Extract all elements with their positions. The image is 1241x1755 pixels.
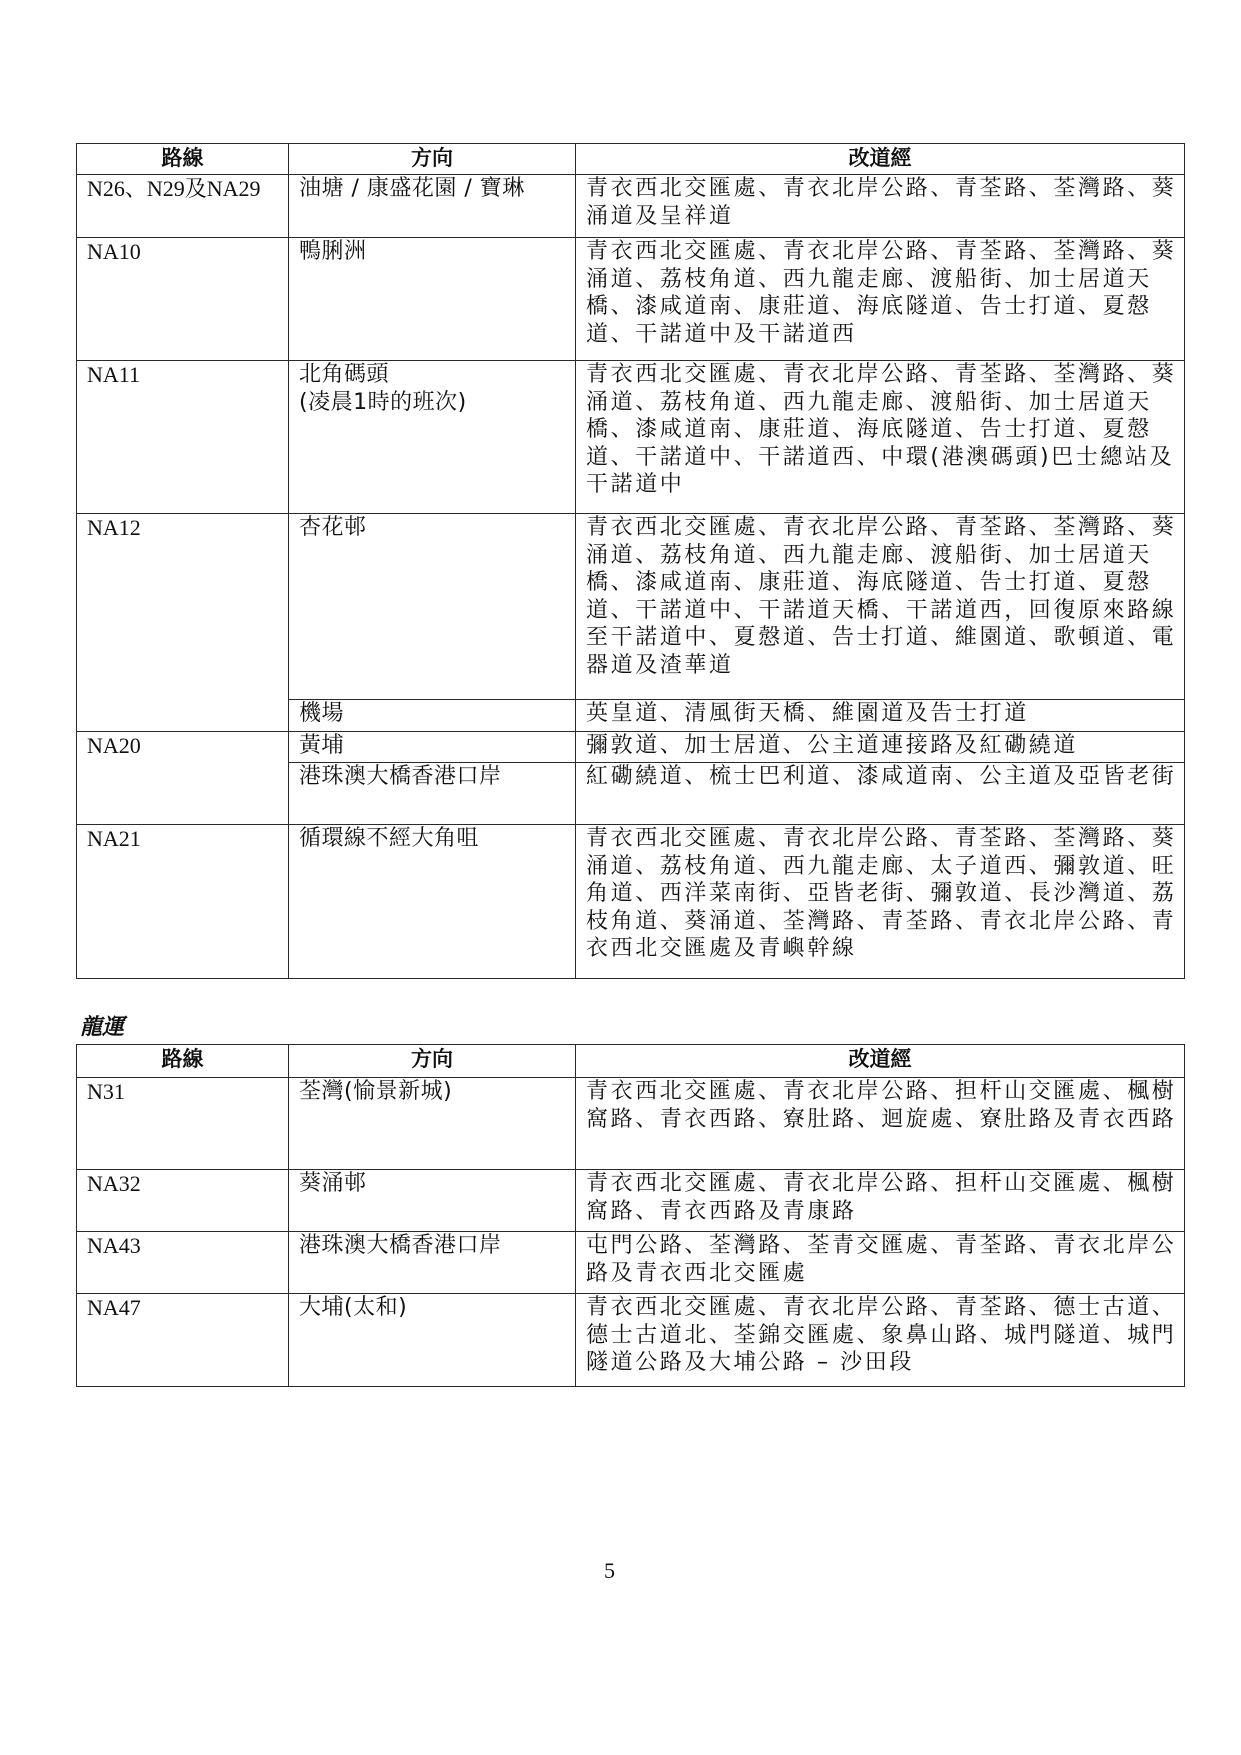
- diversion-cell: 青衣西北交匯處、青衣北岸公路、青荃路、荃灣路、葵涌道、荔枝角道、西九龍走廊、太子…: [576, 825, 1185, 979]
- direction-cell: 循環線不經大角咀: [289, 825, 576, 979]
- table-row: NA11 北角碼頭 (凌晨1時的班次) 青衣西北交匯處、青衣北岸公路、青荃路、荃…: [77, 361, 1185, 514]
- diversion-cell: 彌敦道、加士居道、公主道連接路及紅磡繞道: [576, 732, 1185, 763]
- header-route: 路線: [77, 1045, 289, 1078]
- direction-line: 北角碼頭: [299, 361, 575, 389]
- diversion-cell: 屯門公路、荃灣路、荃青交匯處、青荃路、青衣北岸公路及青衣西北交匯處: [576, 1232, 1185, 1294]
- direction-cell: 荃灣(愉景新城): [289, 1078, 576, 1170]
- table-row: NA20 黃埔 彌敦道、加士居道、公主道連接路及紅磡繞道: [77, 732, 1185, 763]
- diversion-cell: 紅磡繞道、梳士巴利道、漆咸道南、公主道及亞皆老街: [576, 763, 1185, 825]
- route-cell: NA43: [77, 1232, 289, 1294]
- route-cell: NA12: [77, 514, 289, 732]
- header-direction: 方向: [289, 144, 576, 175]
- diversion-table-2: 路線 方向 改道經 N31 荃灣(愉景新城) 青衣西北交匯處、青衣北岸公路、担杆…: [76, 1044, 1185, 1387]
- route-cell: NA20: [77, 732, 289, 825]
- header-diversion: 改道經: [576, 1045, 1185, 1078]
- table-row: NA10 鴨脷洲 青衣西北交匯處、青衣北岸公路、青荃路、荃灣路、葵涌道、荔枝角道…: [77, 238, 1185, 361]
- direction-cell: 鴨脷洲: [289, 238, 576, 361]
- route-cell: N31: [77, 1078, 289, 1170]
- page-number: 5: [604, 1558, 615, 1584]
- header-diversion: 改道經: [576, 144, 1185, 175]
- route-cell: N26、N29及NA29: [77, 175, 289, 238]
- table-row: NA21 循環線不經大角咀 青衣西北交匯處、青衣北岸公路、青荃路、荃灣路、葵涌道…: [77, 825, 1185, 979]
- direction-cell: 葵涌邨: [289, 1170, 576, 1232]
- table-row: N26、N29及NA29 油塘 / 康盛花園 / 寶琳 青衣西北交匯處、青衣北岸…: [77, 175, 1185, 238]
- direction-cell: 杏花邨: [289, 514, 576, 700]
- route-cell: NA47: [77, 1294, 289, 1387]
- operator-heading: 龍運: [80, 1010, 124, 1041]
- direction-cell: 港珠澳大橋香港口岸: [289, 763, 576, 825]
- direction-cell: 大埔(太和): [289, 1294, 576, 1387]
- diversion-table-1: 路線 方向 改道經 N26、N29及NA29 油塘 / 康盛花園 / 寶琳 青衣…: [76, 143, 1185, 979]
- diversion-cell: 青衣西北交匯處、青衣北岸公路、青荃路、荃灣路、葵涌道、荔枝角道、西九龍走廊、渡船…: [576, 361, 1185, 514]
- diversion-cell: 青衣西北交匯處、青衣北岸公路、担杆山交匯處、楓樹窩路、青衣西路及青康路: [576, 1170, 1185, 1232]
- diversion-cell: 青衣西北交匯處、青衣北岸公路、担杆山交匯處、楓樹窩路、青衣西路、寮肚路、迴旋處、…: [576, 1078, 1185, 1170]
- table-row: NA12 杏花邨 青衣西北交匯處、青衣北岸公路、青荃路、荃灣路、葵涌道、荔枝角道…: [77, 514, 1185, 700]
- diversion-cell: 英皇道、清風街天橋、維園道及告士打道: [576, 700, 1185, 732]
- diversion-cell: 青衣西北交匯處、青衣北岸公路、青荃路、德士古道、德士古道北、荃錦交匯處、象鼻山路…: [576, 1294, 1185, 1387]
- table-row: NA47 大埔(太和) 青衣西北交匯處、青衣北岸公路、青荃路、德士古道、德士古道…: [77, 1294, 1185, 1387]
- header-direction: 方向: [289, 1045, 576, 1078]
- direction-cell: 北角碼頭 (凌晨1時的班次): [289, 361, 576, 514]
- table-row: NA32 葵涌邨 青衣西北交匯處、青衣北岸公路、担杆山交匯處、楓樹窩路、青衣西路…: [77, 1170, 1185, 1232]
- direction-note: (凌晨1時的班次): [299, 389, 575, 417]
- diversion-cell: 青衣西北交匯處、青衣北岸公路、青荃路、荃灣路、葵涌道、荔枝角道、西九龍走廊、渡船…: [576, 238, 1185, 361]
- direction-cell: 油塘 / 康盛花園 / 寶琳: [289, 175, 576, 238]
- header-route: 路線: [77, 144, 289, 175]
- table-header-row: 路線 方向 改道經: [77, 144, 1185, 175]
- diversion-cell: 青衣西北交匯處、青衣北岸公路、青荃路、荃灣路、葵涌道及呈祥道: [576, 175, 1185, 238]
- route-cell: NA32: [77, 1170, 289, 1232]
- direction-cell: 黃埔: [289, 732, 576, 763]
- direction-cell: 港珠澳大橋香港口岸: [289, 1232, 576, 1294]
- table-header-row: 路線 方向 改道經: [77, 1045, 1185, 1078]
- table-row: NA43 港珠澳大橋香港口岸 屯門公路、荃灣路、荃青交匯處、青荃路、青衣北岸公路…: [77, 1232, 1185, 1294]
- route-cell: NA10: [77, 238, 289, 361]
- route-cell: NA21: [77, 825, 289, 979]
- route-cell: NA11: [77, 361, 289, 514]
- table-row: N31 荃灣(愉景新城) 青衣西北交匯處、青衣北岸公路、担杆山交匯處、楓樹窩路、…: [77, 1078, 1185, 1170]
- direction-cell: 機場: [289, 700, 576, 732]
- diversion-cell: 青衣西北交匯處、青衣北岸公路、青荃路、荃灣路、葵涌道、荔枝角道、西九龍走廊、渡船…: [576, 514, 1185, 700]
